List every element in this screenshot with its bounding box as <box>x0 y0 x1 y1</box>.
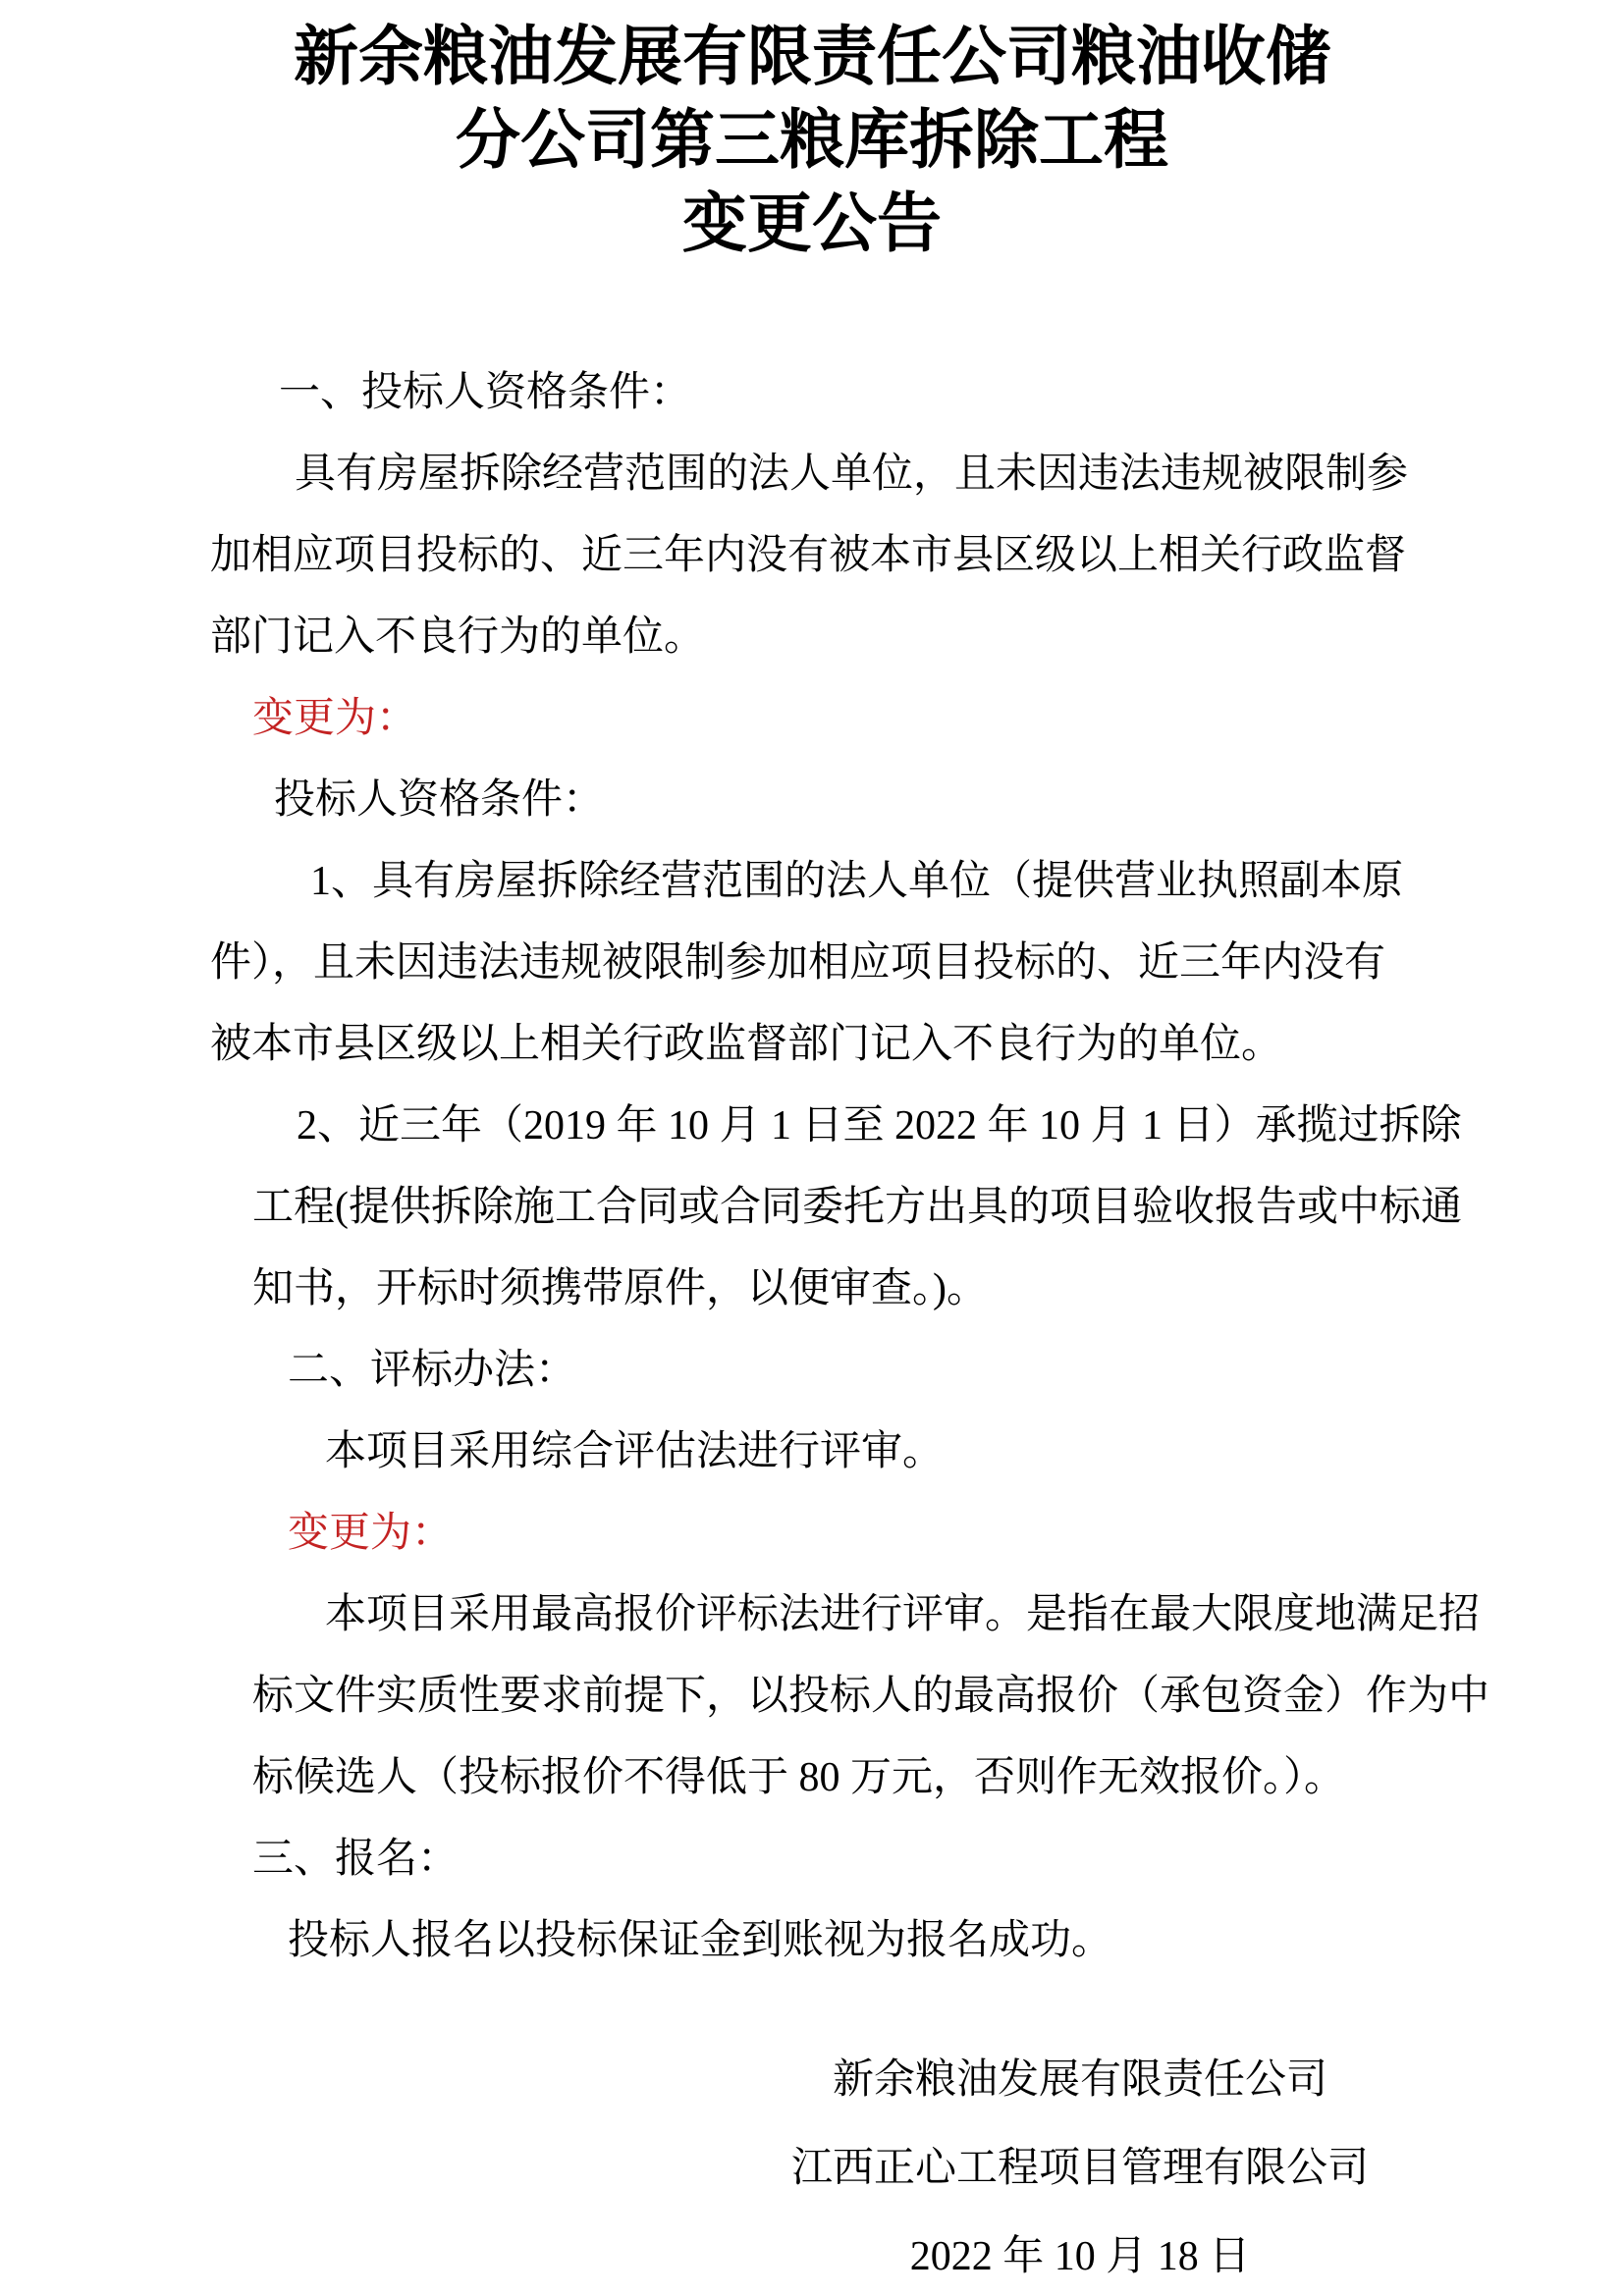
change-label-1: 变更为： <box>210 678 1410 760</box>
paragraph-line: 加相应项目投标的、近三年内没有被本市县区级以上相关行政监督 <box>210 515 1410 597</box>
paragraph-line: 具有房屋拆除经营范围的法人单位，且未因违法违规被限制参 <box>210 434 1410 515</box>
paragraph-line: 2、近三年（2019 年 10 月 1 日至 2022 年 10 月 1 日）承… <box>210 1086 1410 1167</box>
document-body: 一、投标人资格条件： 具有房屋拆除经营范围的法人单位，且未因违法违规被限制参 加… <box>0 352 1624 2296</box>
paragraph-line: 被本市县区级以上相关行政监督部门记入不良行为的单位。 <box>210 1004 1410 1086</box>
title-line-3: 变更公告 <box>0 183 1624 266</box>
title-line-1: 新余粮油发展有限责任公司粮油收储 <box>0 16 1624 99</box>
paragraph-line: 标文件实质性要求前提下，以投标人的最高报价（承包资金）作为中 <box>252 1656 1410 1737</box>
document-page: 新余粮油发展有限责任公司粮油收储 分公司第三粮库拆除工程 变更公告 一、投标人资… <box>0 0 1624 2296</box>
paragraph-line: 本项目采用综合评估法进行评审。 <box>210 1412 1410 1493</box>
paragraph-line: 标候选人（投标报价不得低于 80 万元，否则作无效报价。）。 <box>252 1737 1410 1819</box>
paragraph-line: 投标人报名以投标保证金到账视为报名成功。 <box>210 1900 1410 1982</box>
paragraph-line: 1、具有房屋拆除经营范围的法人单位（提供营业执照副本原 <box>210 841 1410 923</box>
change-label-2: 变更为： <box>210 1493 1410 1575</box>
document-title: 新余粮油发展有限责任公司粮油收储 分公司第三粮库拆除工程 变更公告 <box>0 0 1624 266</box>
signature-owner-company: 新余粮油发展有限责任公司 <box>766 2036 1394 2124</box>
paragraph-line: 部门记入不良行为的单位。 <box>210 597 1410 678</box>
paragraph-line: 本项目采用最高报价评标法进行评审。是指在最大限度地满足招 <box>210 1575 1410 1656</box>
title-line-2: 分公司第三粮库拆除工程 <box>0 99 1624 183</box>
signature-block: 新余粮油发展有限责任公司 江西正心工程项目管理有限公司 2022 年 10 月 … <box>766 2036 1394 2296</box>
paragraph-line: 知书，开标时须携带原件，以便审查。)。 <box>252 1249 1410 1330</box>
section-heading-1: 一、投标人资格条件： <box>210 352 1410 434</box>
paragraph-line: 件），且未因违法违规被限制参加相应项目投标的、近三年内没有 <box>210 923 1410 1004</box>
subheading-qualification: 投标人资格条件： <box>210 760 1410 841</box>
signature-agency-company: 江西正心工程项目管理有限公司 <box>766 2124 1394 2213</box>
section-heading-3: 三、报名： <box>210 1819 1410 1900</box>
signature-date: 2022 年 10 月 18 日 <box>766 2213 1394 2296</box>
section-heading-2: 二、评标办法： <box>210 1330 1410 1412</box>
paragraph-line: 工程(提供拆除施工合同或合同委托方出具的项目验收报告或中标通 <box>252 1167 1410 1249</box>
